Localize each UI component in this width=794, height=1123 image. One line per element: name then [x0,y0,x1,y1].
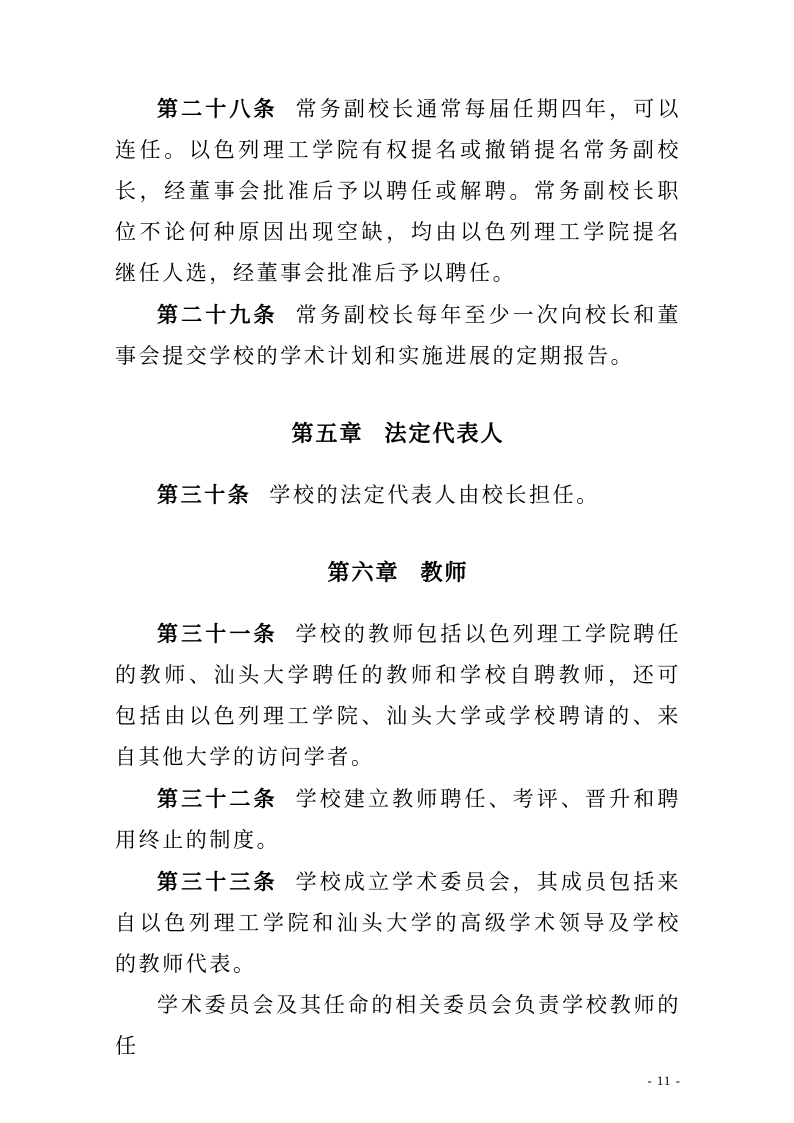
article-body: 常务副校长通常每届任期四年，可以连任。以色列理工学院有权提名或撤销提名常务副校长… [115,97,681,285]
paragraph-text: 学术委员会及其任命的相关委员会负责学校教师的任 [115,993,681,1058]
continuation-paragraph: 学术委员会及其任命的相关委员会负责学校教师的任 [115,985,681,1067]
article-paragraph: 第三十条学校的法定代表人由校长担任。 [115,474,681,516]
chapter-title: 教师 [421,560,469,586]
page-number: - 11 - [115,1073,681,1089]
article-number: 第二十八条 [157,96,278,121]
article-number: 第二十九条 [157,302,278,327]
article-body: 学校的法定代表人由校长担任。 [269,483,599,507]
chapter-heading: 第六章教师 [115,553,681,594]
article-paragraph: 第三十三条学校成立学术委员会，其成员包括来自以色列理工学院和汕头大学的高级学术领… [115,861,681,985]
chapter-title: 法定代表人 [385,421,505,447]
article-paragraph: 第三十二条学校建立教师聘任、考评、晋升和聘用终止的制度。 [115,778,681,861]
article-number: 第三十三条 [157,869,278,894]
article-number: 第三十一条 [157,621,278,646]
article-number: 第三十二条 [157,786,278,811]
article-number: 第三十条 [157,482,251,507]
article-paragraph: 第二十八条常务副校长通常每届任期四年，可以连任。以色列理工学院有权提名或撤销提名… [115,88,681,294]
article-paragraph: 第三十一条学校的教师包括以色列理工学院聘任的教师、汕头大学聘任的教师和学校自聘教… [115,613,681,778]
document-page: 第二十八条常务副校长通常每届任期四年，可以连任。以色列理工学院有权提名或撤销提名… [0,0,794,1123]
chapter-number: 第五章 [291,421,363,447]
chapter-heading: 第五章法定代表人 [115,414,681,455]
article-paragraph: 第二十九条常务副校长每年至少一次向校长和董事会提交学校的学术计划和实施进展的定期… [115,294,681,377]
chapter-number: 第六章 [327,560,399,586]
